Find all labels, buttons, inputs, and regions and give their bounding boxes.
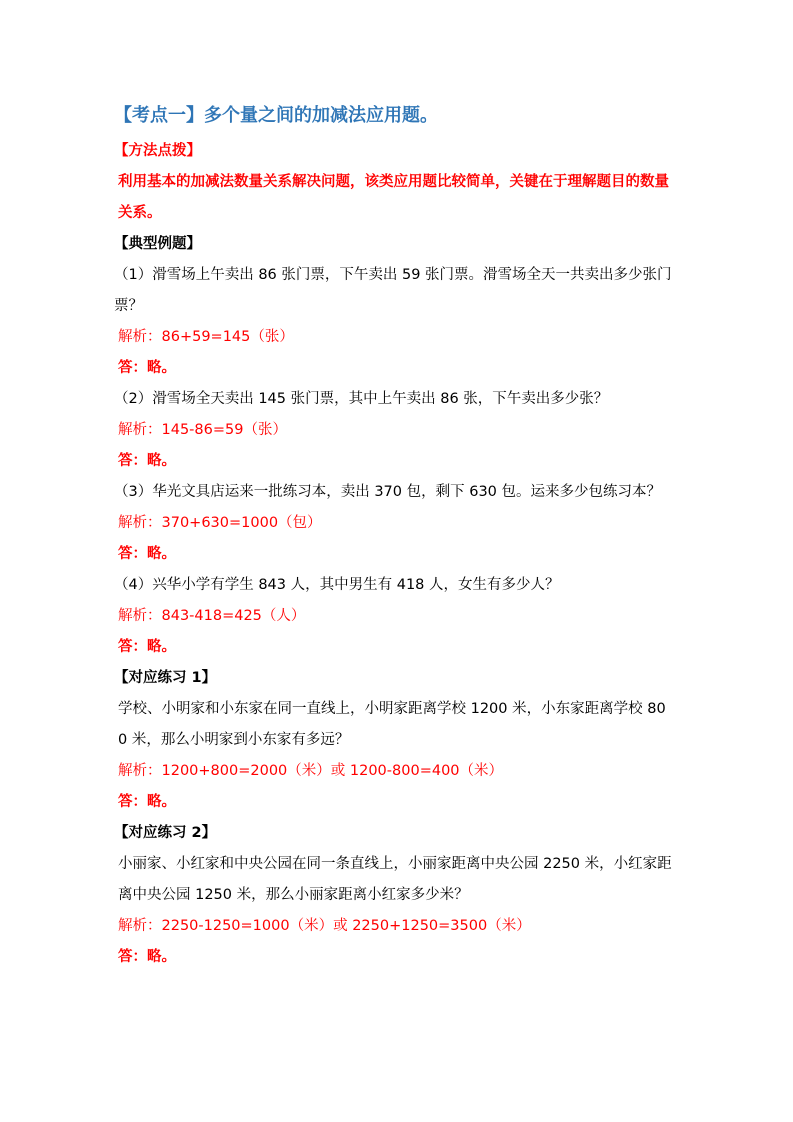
example-answer: 答：略。 [118,632,674,663]
example-question: （1）滑雪场上午卖出 86 张门票，下午卖出 59 张门票。滑雪场全天一共卖出多… [114,260,674,322]
method-text: 利用基本的加减法数量关系解决问题，该类应用题比较简单，关键在于理解题目的数量关系… [118,167,674,229]
example-4: （4）兴华小学有学生 843 人，其中男生有 418 人，女生有多少人？ 解析：… [118,570,674,663]
document-page: 【考点一】多个量之间的加减法应用题。 【方法点拨】 利用基本的加减法数量关系解决… [118,100,674,973]
practice-answer: 答：略。 [118,942,674,973]
example-3: （3）华光文具店运来一批练习本，卖出 370 包，剩下 630 包。运来多少包练… [118,477,674,570]
example-2: （2）滑雪场全天卖出 145 张门票，其中上午卖出 86 张，下午卖出多少张？ … [118,384,674,477]
example-analysis: 解析：145-86=59（张） [118,415,674,446]
practice-heading: 【对应练习 2】 [114,818,674,849]
practice-heading: 【对应练习 1】 [114,663,674,694]
practice-question: 学校、小明家和小东家在同一直线上，小明家距离学校 1200 米，小东家距离学校 … [118,694,674,756]
method-heading: 【方法点拨】 [114,136,674,167]
practice-answer: 答：略。 [118,787,674,818]
example-question: （2）滑雪场全天卖出 145 张门票，其中上午卖出 86 张，下午卖出多少张？ [114,384,674,415]
example-answer: 答：略。 [118,539,674,570]
practice-2: 【对应练习 2】 小丽家、小红家和中央公园在同一条直线上，小丽家距离中央公园 2… [118,818,674,973]
example-analysis: 解析：843-418=425（人） [118,601,674,632]
example-question: （4）兴华小学有学生 843 人，其中男生有 418 人，女生有多少人？ [114,570,674,601]
example-answer: 答：略。 [118,353,674,384]
example-question: （3）华光文具店运来一批练习本，卖出 370 包，剩下 630 包。运来多少包练… [114,477,674,508]
practice-1: 【对应练习 1】 学校、小明家和小东家在同一直线上，小明家距离学校 1200 米… [118,663,674,818]
example-analysis: 解析：86+59=145（张） [118,322,674,353]
practice-analysis: 解析：1200+800=2000（米）或 1200-800=400（米） [118,756,674,787]
example-1: （1）滑雪场上午卖出 86 张门票，下午卖出 59 张门票。滑雪场全天一共卖出多… [118,260,674,384]
example-answer: 答：略。 [118,446,674,477]
section-title: 【考点一】多个量之间的加减法应用题。 [114,100,674,132]
practice-question: 小丽家、小红家和中央公园在同一条直线上，小丽家距离中央公园 2250 米，小红家… [118,849,674,911]
example-analysis: 解析：370+630=1000（包） [118,508,674,539]
practice-analysis: 解析：2250-1250=1000（米）或 2250+1250=3500（米） [118,911,674,942]
examples-heading: 【典型例题】 [114,229,674,260]
